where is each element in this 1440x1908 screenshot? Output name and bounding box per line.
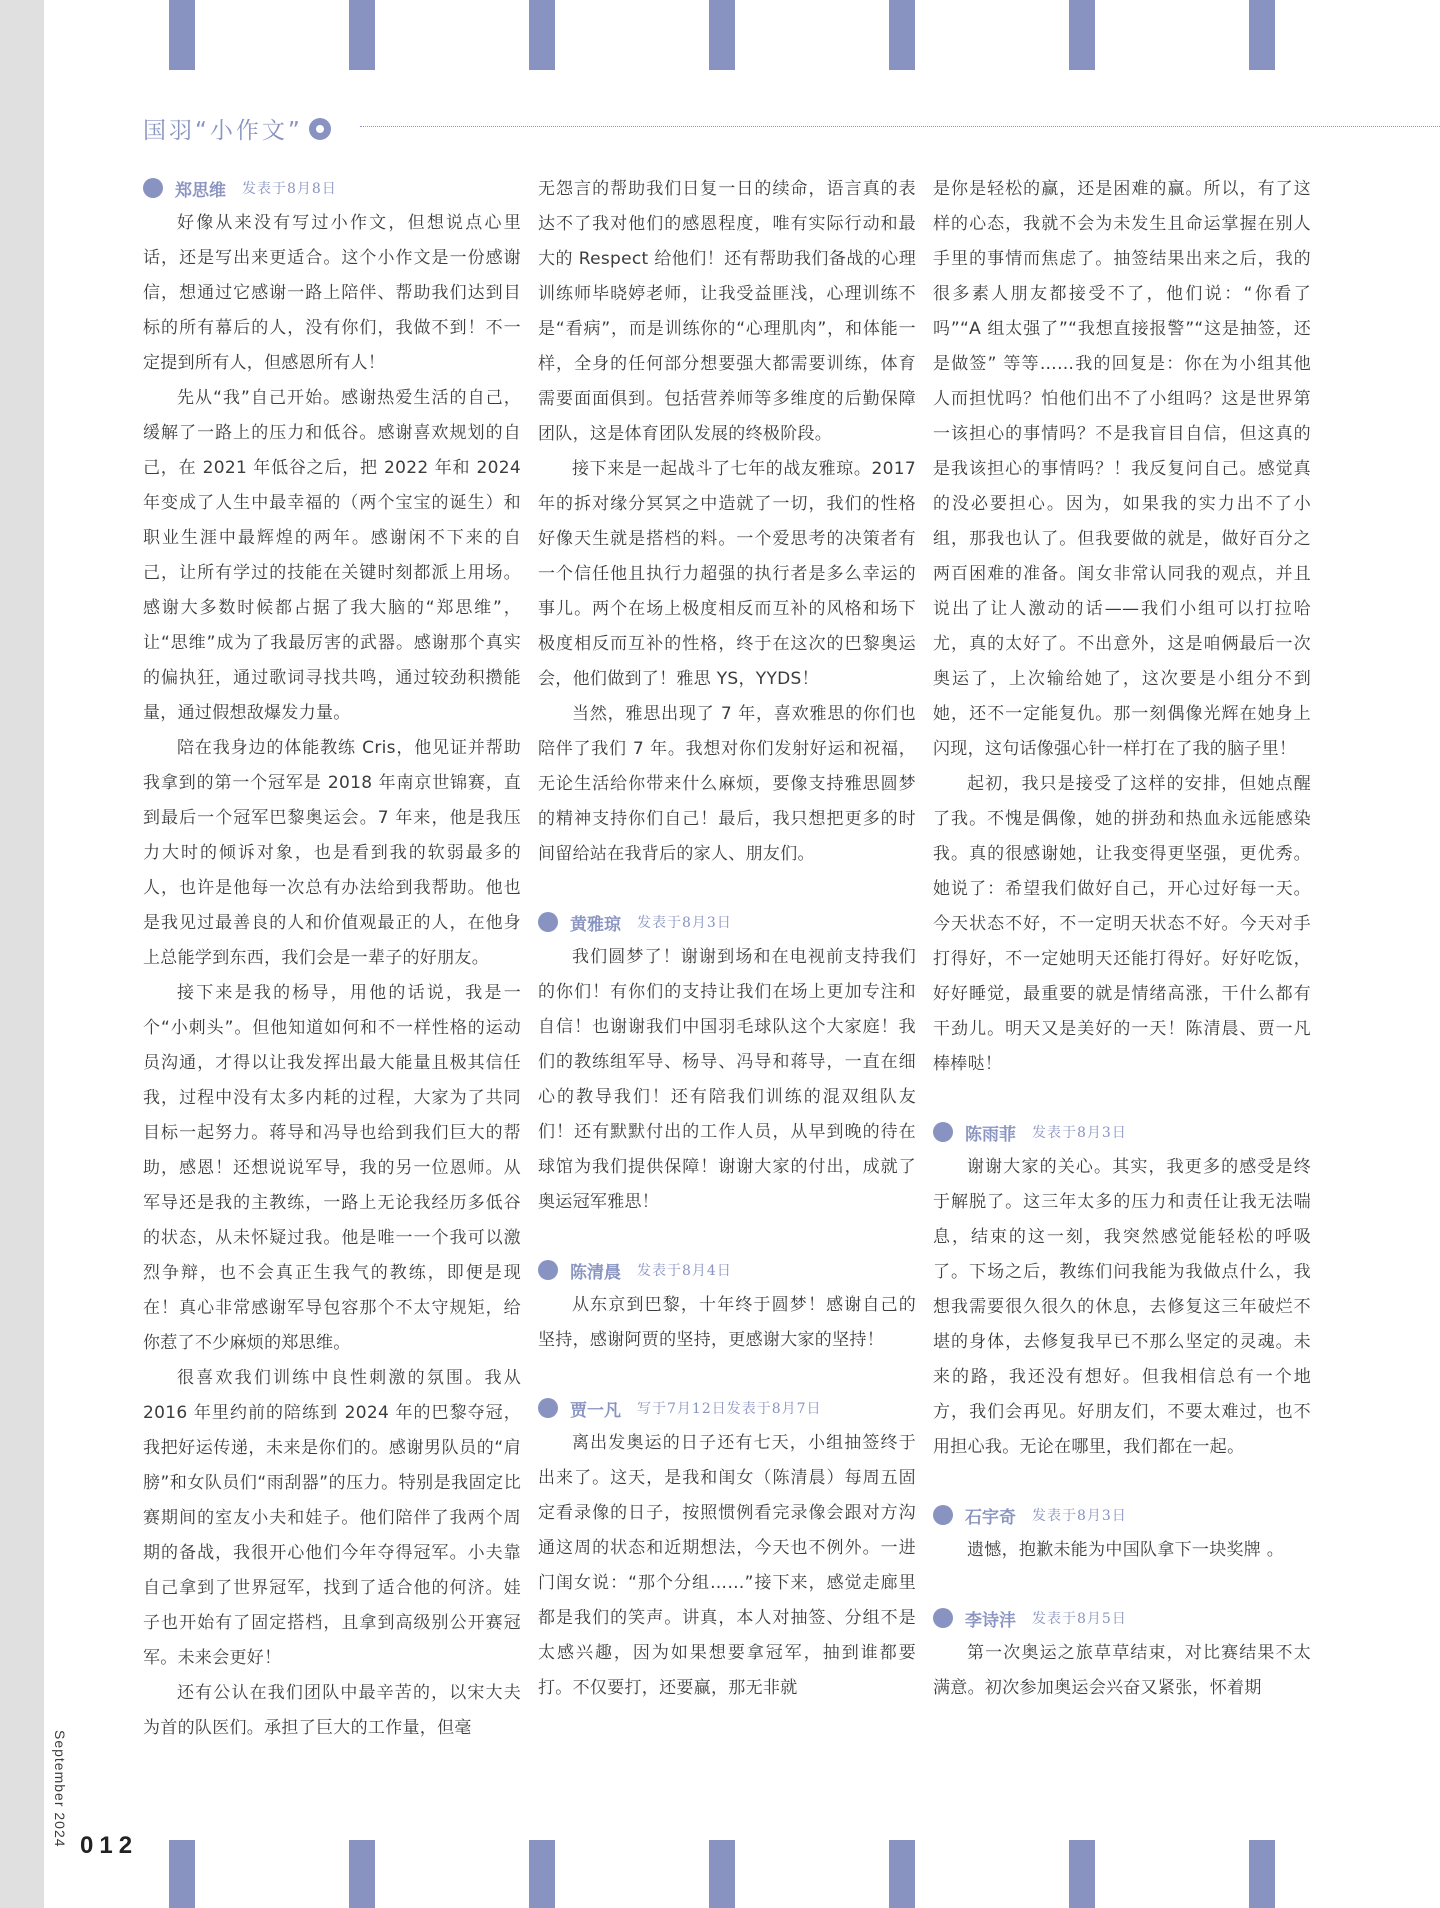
post-header: 陈雨菲 发表于8月3日	[933, 1116, 1311, 1148]
post-date: 发表于8月3日	[1032, 1505, 1127, 1525]
post-paragraph: 陪在我身边的体能教练 Cris，他见证并帮助我拿到的第一个冠军是 2018 年南…	[143, 731, 521, 976]
post-paragraph: 第一次奥运之旅草草结束，对比赛结果不太满意。初次参加奥运会兴奋又紧张，怀着期	[933, 1636, 1311, 1706]
post-paragraph: 很喜欢我们训练中良性刺激的氛围。我从 2016 年里约前的陪练到 2024 年的…	[143, 1361, 521, 1676]
column-2: 无怨言的帮助我们日复一日的续命，语言真的表达不了我对他们的感恩程度，唯有实际行动…	[538, 172, 916, 1706]
column-1: 郑思维 发表于8月8日 好像从来没有写过小作文，但想说点心里话，还是写出来更适合…	[143, 172, 521, 1746]
post-author: 郑思维	[175, 176, 226, 201]
post-paragraph: 接下来是一起战斗了七年的战友雅琼。2017 年的拆对缘分冥冥之中造就了一切，我们…	[538, 452, 916, 697]
bullet-dot-icon	[933, 1608, 953, 1628]
column-3: 是你是轻松的赢，还是困难的赢。所以，有了这样的心态，我就不会为未发生且命运掌握在…	[933, 172, 1311, 1706]
post-header: 黄雅琼 发表于8月3日	[538, 906, 916, 938]
post-author: 陈清晨	[570, 1258, 621, 1283]
post-chen-qingchen: 陈清晨 发表于8月4日 从东京到巴黎，十年终于圆梦！感谢自己的坚持，感谢阿贾的坚…	[538, 1254, 916, 1358]
decor-bar-bottom	[349, 1840, 375, 1908]
post-date: 写于7月12日发表于8月7日	[637, 1398, 822, 1418]
post-shi-yuqi: 石宇奇 发表于8月3日 遗憾，抱歉未能为中国队拿下一块奖牌 。	[933, 1499, 1311, 1568]
post-paragraph: 还有公认在我们团队中最辛苦的，以宋大夫为首的队医们。承担了巨大的工作量，但毫	[143, 1676, 521, 1746]
bullet-dot-icon	[933, 1505, 953, 1525]
page-number: 012	[80, 1832, 138, 1860]
post-li-shifeng: 李诗沣 发表于8月5日 第一次奥运之旅草草结束，对比赛结果不太满意。初次参加奥运…	[933, 1602, 1311, 1706]
decor-bar-top	[709, 0, 735, 70]
decor-bar-bottom	[1249, 1840, 1275, 1908]
post-paragraph: 好像从来没有写过小作文，但想说点心里话，还是写出来更适合。这个小作文是一份感谢信…	[143, 206, 521, 381]
decor-bar-bottom	[529, 1840, 555, 1908]
decor-bar-top	[1069, 0, 1095, 70]
decor-bar-top	[529, 0, 555, 70]
bullet-dot-icon	[933, 1122, 953, 1142]
post-paragraph: 先从“我”自己开始。感谢热爱生活的自己，缓解了一路上的压力和低谷。感谢喜欢规划的…	[143, 381, 521, 731]
post-huang-yaqiong: 黄雅琼 发表于8月3日 我们圆梦了！谢谢到场和在电视前支持我们的你们！有你们的支…	[538, 906, 916, 1220]
post-paragraph: 离出发奥运的日子还有七天，小组抽签终于出来了。这天，是我和闺女（陈清晨）每周五固…	[538, 1426, 916, 1706]
post-header: 石宇奇 发表于8月3日	[933, 1499, 1311, 1531]
post-author: 李诗沣	[965, 1606, 1016, 1631]
bullet-dot-icon	[538, 1398, 558, 1418]
post-paragraph: 遗憾，抱歉未能为中国队拿下一块奖牌 。	[933, 1533, 1311, 1568]
post-paragraph: 谢谢大家的关心。其实，我更多的感受是终于解脱了。这三年太多的压力和责任让我无法喘…	[933, 1150, 1311, 1465]
decor-bar-bottom	[709, 1840, 735, 1908]
post-date: 发表于8月5日	[1032, 1608, 1127, 1628]
section-header: 国羽“小作文”	[143, 112, 331, 145]
decor-bar-bottom	[889, 1840, 915, 1908]
circle-bullet-icon	[309, 118, 331, 140]
post-paragraph: 当然，雅思出现了 7 年，喜欢雅思的你们也陪伴了我们 7 年。我想对你们发射好运…	[538, 697, 916, 872]
post-paragraph: 起初，我只是接受了这样的安排，但她点醒了我。不愧是偶像，她的拼劲和热血永远能感染…	[933, 767, 1311, 1082]
decor-bar-top	[349, 0, 375, 70]
decor-bar-bottom	[169, 1840, 195, 1908]
decor-bar-bottom	[1069, 1840, 1095, 1908]
header-dotted-rule	[360, 126, 1440, 127]
post-header: 李诗沣 发表于8月5日	[933, 1602, 1311, 1634]
bullet-dot-icon	[538, 1260, 558, 1280]
post-author: 黄雅琼	[570, 910, 621, 935]
post-paragraph-continued: 是你是轻松的赢，还是困难的赢。所以，有了这样的心态，我就不会为未发生且命运掌握在…	[933, 172, 1311, 767]
decor-bar-top	[889, 0, 915, 70]
post-paragraph: 我们圆梦了！谢谢到场和在电视前支持我们的你们！有你们的支持让我们在场上更加专注和…	[538, 940, 916, 1220]
section-title: 国羽“小作文”	[143, 112, 303, 145]
left-margin-strip	[0, 0, 44, 1908]
post-zheng-siwei: 郑思维 发表于8月8日 好像从来没有写过小作文，但想说点心里话，还是写出来更适合…	[143, 172, 521, 1746]
bullet-dot-icon	[538, 912, 558, 932]
bullet-dot-icon	[143, 178, 163, 198]
issue-month-year: September 2024	[48, 1730, 68, 1848]
post-date: 发表于8月4日	[637, 1260, 732, 1280]
post-header: 陈清晨 发表于8月4日	[538, 1254, 916, 1286]
post-date: 发表于8月3日	[1032, 1122, 1127, 1142]
decor-bar-top	[1249, 0, 1275, 70]
post-paragraph: 接下来是我的杨导，用他的话说，我是一个“小刺头”。但他知道如何和不一样性格的运动…	[143, 976, 521, 1361]
post-date: 发表于8月3日	[637, 912, 732, 932]
post-author: 石宇奇	[965, 1503, 1016, 1528]
post-date: 发表于8月8日	[242, 178, 337, 198]
post-author: 陈雨菲	[965, 1120, 1016, 1145]
post-header: 贾一凡 写于7月12日发表于8月7日	[538, 1392, 916, 1424]
decor-bar-top	[169, 0, 195, 70]
post-chen-yufei: 陈雨菲 发表于8月3日 谢谢大家的关心。其实，我更多的感受是终于解脱了。这三年太…	[933, 1116, 1311, 1465]
post-jia-yifan: 贾一凡 写于7月12日发表于8月7日 离出发奥运的日子还有七天，小组抽签终于出来…	[538, 1392, 916, 1706]
post-header: 郑思维 发表于8月8日	[143, 172, 521, 204]
post-paragraph: 从东京到巴黎，十年终于圆梦！感谢自己的坚持，感谢阿贾的坚持，更感谢大家的坚持！	[538, 1288, 916, 1358]
post-paragraph-continued: 无怨言的帮助我们日复一日的续命，语言真的表达不了我对他们的感恩程度，唯有实际行动…	[538, 172, 916, 452]
post-author: 贾一凡	[570, 1396, 621, 1421]
